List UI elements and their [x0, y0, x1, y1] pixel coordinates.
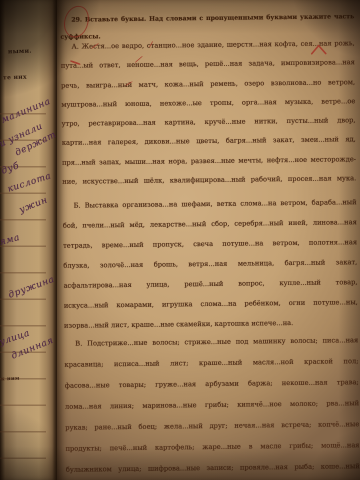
page-text: 29. Вставьте буквы. Над словами с пропущ…: [54, 0, 360, 480]
printed-fragment: те них: [3, 74, 27, 82]
text-line: ние, искусстве...ный шёлк, квалифицирова…: [62, 169, 356, 192]
book-page-photo: ными. те них к ним малининаи узналидержа…: [0, 0, 360, 480]
notebook-margin-page: ными. те них к ним малининаи узналидержа…: [0, 0, 57, 480]
section-b: Б. Выставка организова...на шефами, ветк…: [62, 192, 358, 336]
printed-fragment: к ним: [1, 376, 20, 383]
text-line: булыжником улица; шифрова...ные записи; …: [66, 456, 360, 480]
printed-fragment: ными.: [8, 48, 32, 56]
textbook-page: 29. Вставьте буквы. Над словами с пропущ…: [57, 0, 360, 480]
section-a: А. Жестя...ое ведро, станцио...ное здани…: [61, 34, 357, 192]
section-c: В. Подстриже...ные волосы; стриже...ные …: [64, 330, 360, 480]
red-caret-annotation: [311, 45, 327, 55]
text-line: искуса...ный комарами, игрушка слома...н…: [64, 292, 358, 316]
